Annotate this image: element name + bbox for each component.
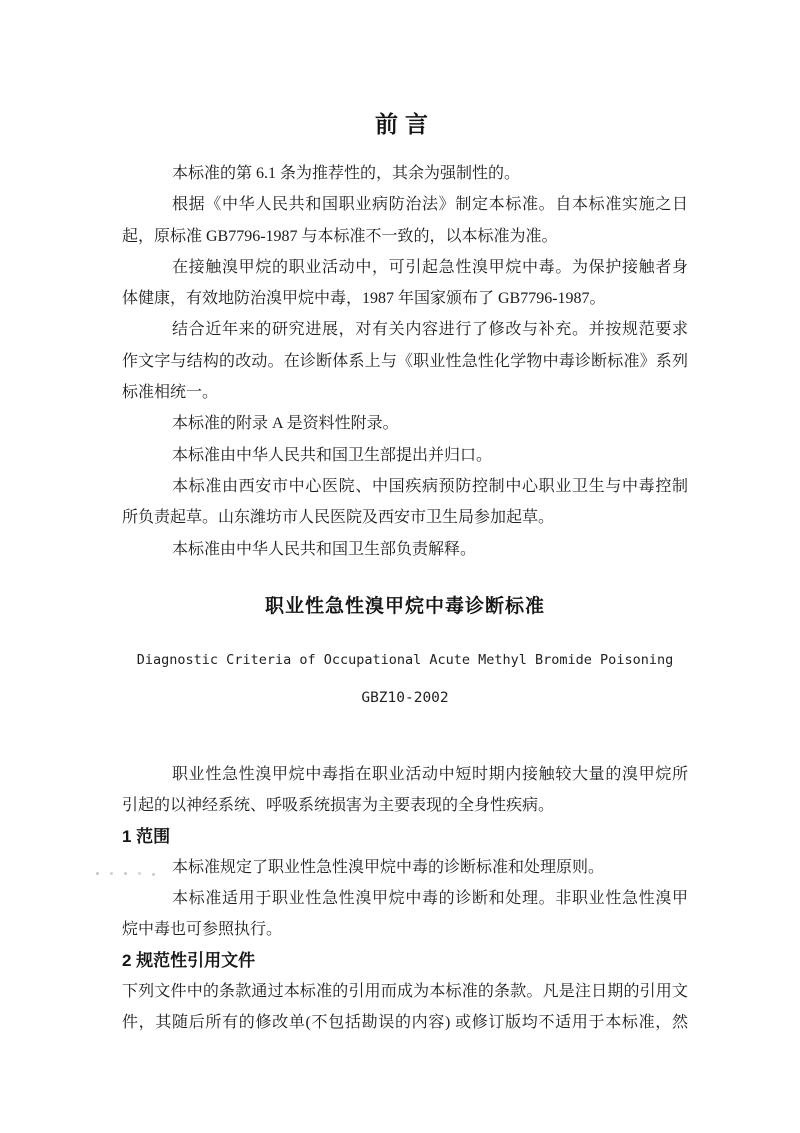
text-line: 本标准由中华人民共和国卫生部提出并归口。 [122, 440, 688, 471]
text-line: 起，原标准 GB7796-1987 与本标准不一致的，以本标准为准。 [122, 221, 688, 252]
text-line: 本标准由中华人民共和国卫生部负责解释。 [122, 534, 688, 565]
document-page: 前言 本标准的第 6.1 条为推荐性的，其余为强制性的。根据《中华人民共和国职业… [0, 0, 800, 1133]
text-line: 本标准适用于职业性急性溴甲烷中毒的诊断和处理。非职业性急性溴甲 [122, 883, 688, 914]
standard-title-english: Diagnostic Criteria of Occupational Acut… [122, 645, 688, 675]
document-body: 前言 本标准的第 6.1 条为推荐性的，其余为强制性的。根据《中华人民共和国职业… [122, 0, 688, 1038]
text-line: 所负责起草。山东潍坊市人民医院及西安市卫生局参加起草。 [122, 502, 688, 533]
text-line: 结合近年来的研究进展，对有关内容进行了修改与补充。并按规范要求 [122, 314, 688, 345]
text-line: 件，其随后所有的修改单(不包括勘误的内容) 或修订版均不适用于本标准，然 [122, 1007, 688, 1038]
text-line: 本标准规定了职业性急性溴甲烷中毒的诊断标准和处理原则。 [122, 852, 688, 883]
text-line: 根据《中华人民共和国职业病防治法》制定本标准。自本标准实施之日 [122, 189, 688, 220]
section-heading: 1 范围 [122, 821, 688, 852]
text-line: 本标准的第 6.1 条为推荐性的，其余为强制性的。 [122, 158, 688, 189]
foreword-body: 本标准的第 6.1 条为推荐性的，其余为强制性的。根据《中华人民共和国职业病防治… [122, 158, 688, 565]
text-line: 下列文件中的条款通过本标准的引用而成为本标准的条款。凡是注日期的引用文 [122, 976, 688, 1007]
text-line: 职业性急性溴甲烷中毒指在职业活动中短时期内接触较大量的溴甲烷所 [122, 759, 688, 790]
text-line: 引起的以神经系统、呼吸系统损害为主要表现的全身性疾病。 [122, 790, 688, 821]
text-line: 标准相统一。 [122, 377, 688, 408]
section-heading: 2 规范性引用文件 [122, 945, 688, 976]
text-line: 在接触溴甲烷的职业活动中，可引起急性溴甲烷中毒。为保护接触者身 [122, 252, 688, 283]
text-line: 烷中毒也可参照执行。 [122, 914, 688, 945]
scan-artifact-dots [96, 872, 99, 875]
text-line: 作文字与结构的改动。在诊断体系上与《职业性急性化学物中毒诊断标准》系列 [122, 346, 688, 377]
text-line: 体健康，有效地防治溴甲烷中毒，1987 年国家颁布了 GB7796-1987。 [122, 283, 688, 314]
text-line: 本标准由西安市中心医院、中国疾病预防控制中心职业卫生与中毒控制 [122, 471, 688, 502]
standard-title: 职业性急性溴甲烷中毒诊断标准 [122, 592, 688, 622]
text-line: 本标准的附录 A 是资料性附录。 [122, 408, 688, 439]
foreword-title: 前言 [122, 100, 688, 148]
standard-body: 职业性急性溴甲烷中毒指在职业活动中短时期内接触较大量的溴甲烷所引起的以神经系统、… [122, 759, 688, 1038]
standard-number: GBZ10-2002 [122, 683, 688, 713]
